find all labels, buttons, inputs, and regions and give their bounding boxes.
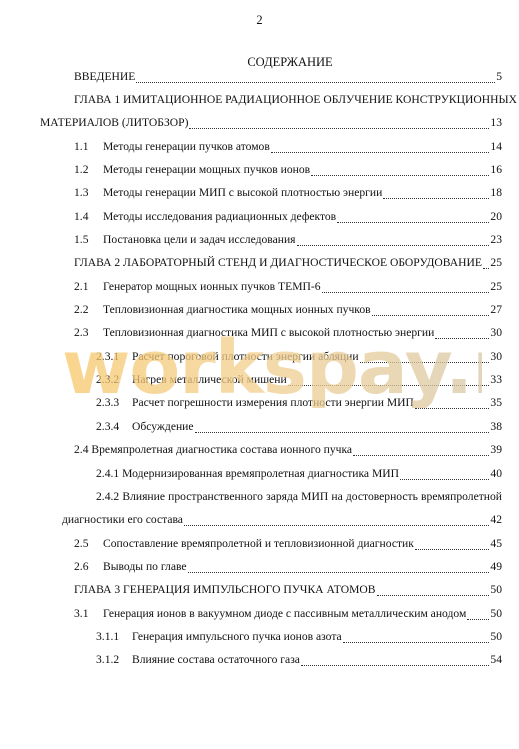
toc-entry-number: 2.3.2 bbox=[96, 371, 132, 389]
toc-entry-title: Обсуждение bbox=[132, 418, 194, 436]
toc-entry[interactable]: 3.1Генерация ионов в вакуумном диоде с п… bbox=[74, 605, 502, 623]
toc-entry-page: 42 bbox=[490, 511, 502, 529]
toc-entry-page: 45 bbox=[490, 535, 502, 553]
toc-entry-number: 1.1 bbox=[74, 138, 103, 156]
toc-entry-title: Методы генерации МИП с высокой плотность… bbox=[103, 184, 382, 202]
toc-entry-number: 3.1 bbox=[74, 605, 103, 623]
toc-entry-number: 2.3.3 bbox=[96, 394, 132, 412]
toc-entry-title: Постановка цели и задач исследования bbox=[103, 231, 296, 249]
dot-leader bbox=[136, 81, 495, 83]
toc-entry-page: 13 bbox=[490, 114, 502, 132]
toc-entry-title: Расчет погрешности измерения плотности э… bbox=[132, 394, 414, 412]
toc-entry-title: ВВЕДЕНИЕ bbox=[74, 68, 135, 86]
toc-entry-page: 18 bbox=[490, 184, 502, 202]
toc-entry-number: 1.5 bbox=[74, 231, 103, 249]
toc-entry-title: Методы исследования радиационных дефекто… bbox=[103, 208, 336, 226]
toc-entry-title: Расчет пороговой плотности энергии абляц… bbox=[132, 348, 359, 366]
toc-entry[interactable]: ГЛАВА 3 ГЕНЕРАЦИЯ ИМПУЛЬСНОГО ПУЧКА АТОМ… bbox=[74, 581, 502, 599]
toc-entry-page: 16 bbox=[490, 161, 502, 179]
toc-entry[interactable]: диагностики его состава42 bbox=[62, 511, 502, 529]
dot-leader bbox=[400, 478, 489, 480]
toc-entry[interactable]: 2.1Генератор мощных ионных пучков ТЕМП-6… bbox=[74, 278, 502, 296]
dot-leader bbox=[353, 454, 489, 456]
toc-entry-title: Нагрев металлической мишени bbox=[132, 371, 287, 389]
toc-entry[interactable]: ВВЕДЕНИЕ5 bbox=[74, 68, 502, 86]
toc-entry[interactable]: 2.3.2Нагрев металлической мишени33 bbox=[96, 371, 502, 389]
toc-entry-page: 40 bbox=[490, 465, 502, 483]
toc-entry-number: 2.3.1 bbox=[96, 348, 132, 366]
toc-entry-title: 2.4.1 Модернизированная времяпролетная д… bbox=[96, 465, 399, 483]
toc-entry-number: 1.4 bbox=[74, 208, 103, 226]
toc-entry[interactable]: 2.3.3Расчет погрешности измерения плотно… bbox=[96, 394, 502, 412]
toc-entry-number: 2.1 bbox=[74, 278, 103, 296]
toc-entry-page: 30 bbox=[490, 348, 502, 366]
dot-leader bbox=[195, 431, 490, 433]
toc-entry-title: Генерация импульсного пучка ионов азота bbox=[132, 628, 342, 646]
dot-leader bbox=[297, 244, 490, 246]
toc-entry-title: 2.4 Времяпролетная диагностика состава и… bbox=[74, 441, 352, 459]
toc-entry-title: диагностики его состава bbox=[62, 511, 183, 529]
toc-entry-page: 50 bbox=[490, 628, 502, 646]
toc-entry[interactable]: 2.4 Времяпролетная диагностика состава и… bbox=[74, 441, 502, 459]
toc-entry[interactable]: 1.2Методы генерации мощных пучков ионов1… bbox=[74, 161, 502, 179]
toc-entry[interactable]: 2.3.1Расчет пороговой плотности энергии … bbox=[96, 348, 502, 366]
toc-entry-title: ГЛАВА 1 ИМИТАЦИОННОЕ РАДИАЦИОННОЕ ОБЛУЧЕ… bbox=[74, 91, 517, 109]
dot-leader bbox=[343, 641, 490, 643]
toc-entry[interactable]: 2.6Выводы по главе49 bbox=[74, 558, 502, 576]
dot-leader bbox=[415, 407, 489, 409]
toc-entry-page: 39 bbox=[490, 441, 502, 459]
toc-entry[interactable]: 3.1.2Влияние состава остаточного газа54 bbox=[96, 651, 502, 669]
toc-entry-title: Влияние состава остаточного газа bbox=[132, 651, 300, 669]
dot-leader bbox=[372, 314, 490, 316]
toc-entry[interactable]: 2.2Тепловизионная диагностика мощных ион… bbox=[74, 301, 502, 319]
toc-entry[interactable]: 1.4Методы исследования радиационных дефе… bbox=[74, 208, 502, 226]
toc-entry-title: Методы генерации мощных пучков ионов bbox=[103, 161, 310, 179]
toc-entry-title: Генерация ионов в вакуумном диоде с пасс… bbox=[103, 605, 466, 623]
toc-entry[interactable]: 3.1.1Генерация импульсного пучка ионов а… bbox=[96, 628, 502, 646]
toc-entry-page: 33 bbox=[490, 371, 502, 389]
toc-entry-page: 27 bbox=[490, 301, 502, 319]
dot-leader bbox=[360, 361, 490, 363]
toc-entry-number: 3.1.2 bbox=[96, 651, 132, 669]
toc-entry-page: 50 bbox=[490, 581, 502, 599]
dot-leader bbox=[383, 197, 489, 199]
page-number: 2 bbox=[0, 13, 519, 28]
toc-entry-page: 30 bbox=[490, 324, 502, 342]
dot-leader bbox=[467, 618, 489, 620]
toc-entry-title: МАТЕРИАЛОВ (ЛИТОБЗОР) bbox=[40, 114, 188, 132]
toc-entry-page: 25 bbox=[490, 254, 502, 272]
toc-entry[interactable]: 1.1Методы генерации пучков атомов14 bbox=[74, 138, 502, 156]
dot-leader bbox=[483, 267, 489, 269]
toc-entry-number: 2.2 bbox=[74, 301, 103, 319]
toc-entry-page: 14 bbox=[490, 138, 502, 156]
toc-entry-title: ГЛАВА 3 ГЕНЕРАЦИЯ ИМПУЛЬСНОГО ПУЧКА АТОМ… bbox=[74, 581, 376, 599]
toc-entry-title: Выводы по главе bbox=[103, 558, 187, 576]
toc-entry-page: 20 bbox=[490, 208, 502, 226]
toc-entry-page: 38 bbox=[490, 418, 502, 436]
toc-entry[interactable]: 2.3.4Обсуждение38 bbox=[96, 418, 502, 436]
toc-entry-page: 25 bbox=[490, 278, 502, 296]
toc-entry[interactable]: 1.5Постановка цели и задач исследования2… bbox=[74, 231, 502, 249]
dot-leader bbox=[435, 337, 489, 339]
toc-entry[interactable]: 1.3Методы генерации МИП с высокой плотно… bbox=[74, 184, 502, 202]
dot-leader bbox=[288, 384, 490, 386]
dot-leader bbox=[377, 594, 490, 596]
toc-entry-title: Сопоставление времяпролетной и тепловизи… bbox=[103, 535, 414, 553]
toc-entry-page: 23 bbox=[490, 231, 502, 249]
dot-leader bbox=[337, 221, 489, 223]
dot-leader bbox=[415, 548, 490, 550]
toc-entry[interactable]: 2.4.2 Влияние пространственного заряда М… bbox=[96, 488, 502, 506]
toc-entry-page: 50 bbox=[490, 605, 502, 623]
toc-entry[interactable]: 2.3Тепловизионная диагностика МИП с высо… bbox=[74, 324, 502, 342]
dot-leader bbox=[311, 174, 489, 176]
toc-entry[interactable]: ГЛАВА 1 ИМИТАЦИОННОЕ РАДИАЦИОННОЕ ОБЛУЧЕ… bbox=[74, 91, 502, 109]
dot-leader bbox=[189, 127, 489, 129]
dot-leader bbox=[188, 571, 490, 573]
toc-entry-page: 49 bbox=[490, 558, 502, 576]
toc-entry[interactable]: ГЛАВА 2 ЛАБОРАТОРНЫЙ СТЕНД И ДИАГНОСТИЧЕ… bbox=[74, 254, 502, 272]
toc-entry-title: 2.4.2 Влияние пространственного заряда М… bbox=[96, 488, 502, 506]
toc-entry-page: 35 bbox=[490, 394, 502, 412]
toc-entry-number: 1.2 bbox=[74, 161, 103, 179]
toc-entry-number: 1.3 bbox=[74, 184, 103, 202]
toc-entry-number: 3.1.1 bbox=[96, 628, 132, 646]
dot-leader bbox=[271, 151, 490, 153]
dot-leader bbox=[301, 664, 489, 666]
toc-entry-title: Генератор мощных ионных пучков ТЕМП-6 bbox=[103, 278, 321, 296]
toc-entry-page: 5 bbox=[496, 68, 502, 86]
dot-leader bbox=[184, 524, 489, 526]
toc-entry-number: 2.3.4 bbox=[96, 418, 132, 436]
toc-entry-number: 2.5 bbox=[74, 535, 103, 553]
toc-entry-title: Методы генерации пучков атомов bbox=[103, 138, 270, 156]
toc-entry-title: Тепловизионная диагностика МИП с высокой… bbox=[103, 324, 434, 342]
dot-leader bbox=[322, 291, 490, 293]
toc-entry[interactable]: 2.5Сопоставление времяпролетной и теплов… bbox=[74, 535, 502, 553]
toc-entry[interactable]: 2.4.1 Модернизированная времяпролетная д… bbox=[96, 465, 502, 483]
toc-entry-number: 2.6 bbox=[74, 558, 103, 576]
toc-entry-title: Тепловизионная диагностика мощных ионных… bbox=[103, 301, 371, 319]
toc-entry-page: 54 bbox=[490, 651, 502, 669]
toc-entry-number: 2.3 bbox=[74, 324, 103, 342]
toc-entry-title: ГЛАВА 2 ЛАБОРАТОРНЫЙ СТЕНД И ДИАГНОСТИЧЕ… bbox=[74, 254, 482, 272]
toc-entry[interactable]: МАТЕРИАЛОВ (ЛИТОБЗОР)13 bbox=[40, 114, 502, 132]
